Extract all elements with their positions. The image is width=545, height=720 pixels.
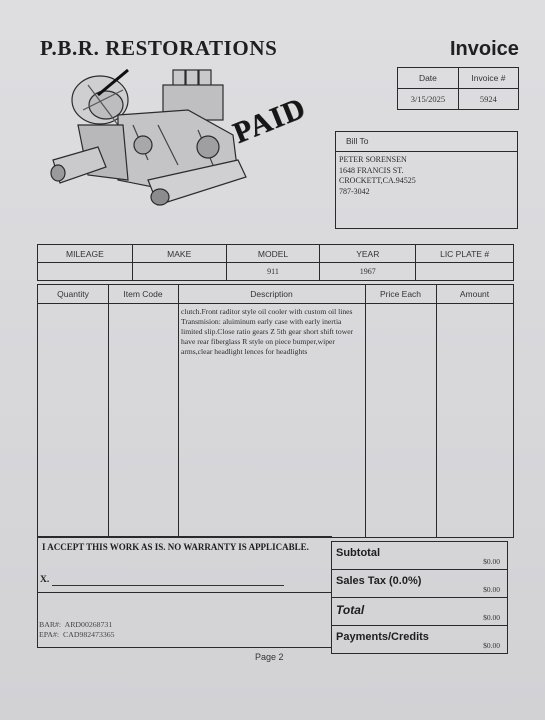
- description-line: clutch.Front raditor style oil cooler wi…: [181, 307, 362, 317]
- total-label: Total: [336, 603, 364, 617]
- year-header: YEAR: [320, 245, 416, 263]
- model-value: 911: [226, 263, 320, 281]
- document-title: Invoice: [450, 38, 519, 61]
- price-each-header: Price Each: [365, 285, 436, 304]
- mileage-header: MILEAGE: [38, 245, 133, 263]
- epa-number: CAD982473365: [63, 630, 115, 639]
- payments-value: $0.00: [483, 641, 500, 650]
- engine-illustration: [48, 65, 258, 215]
- total-row: Total $0.00: [332, 598, 507, 626]
- payments-row: Payments/Credits $0.00: [332, 626, 507, 653]
- line-items-table: Quantity Item Code Description clutch.Fr…: [37, 284, 514, 538]
- lic-plate-header: LIC PLATE #: [416, 245, 514, 263]
- signature-prefix: X.: [40, 575, 49, 585]
- description-header: Description: [178, 285, 365, 304]
- customer-city: CROCKETT,CA.94525: [339, 176, 514, 187]
- acceptance-box: I ACCEPT THIS WORK AS IS. NO WARRANTY IS…: [37, 536, 332, 648]
- customer-street: 1648 FRANCIS ST.: [339, 166, 514, 177]
- bill-to-box: Bill To PETER SORENSEN 1648 FRANCIS ST. …: [335, 131, 518, 229]
- description-column: Description clutch.Front raditor style o…: [178, 285, 366, 537]
- divider: [38, 592, 332, 593]
- payments-label: Payments/Credits: [336, 631, 429, 643]
- quantity-column: Quantity: [38, 285, 109, 537]
- subtotal-row: Subtotal $0.00: [332, 542, 507, 570]
- signature-line: [52, 585, 284, 586]
- model-header: MODEL: [226, 245, 320, 263]
- registration-numbers: BAR#: ARD00268731 EPA#: CAD982473365: [39, 620, 115, 640]
- description-line: have rear fiberglass R style on piece bu…: [181, 337, 362, 347]
- amount-column: Amount: [436, 285, 513, 537]
- mileage-value: [38, 263, 133, 281]
- date-header: Date: [398, 68, 459, 89]
- description-line: arms,clear headlight lences for headligh…: [181, 347, 362, 357]
- invoice-number-header: Invoice #: [458, 68, 518, 89]
- invoice-date: 3/15/2025: [398, 89, 459, 110]
- subtotal-label: Subtotal: [336, 547, 380, 559]
- sales-tax-value: $0.00: [483, 585, 500, 594]
- total-value: $0.00: [483, 613, 500, 622]
- price-each-column: Price Each: [365, 285, 437, 537]
- epa-label: EPA#:: [39, 630, 59, 639]
- page-number: Page 2: [255, 652, 284, 662]
- totals-box: Subtotal $0.00 Sales Tax (0.0%) $0.00 To…: [331, 541, 508, 654]
- acceptance-statement: I ACCEPT THIS WORK AS IS. NO WARRANTY IS…: [42, 542, 309, 552]
- invoice-page: P.B.R. RESTORATIONS Invoice PAID Date: [0, 0, 545, 720]
- subtotal-value: $0.00: [483, 557, 500, 566]
- vehicle-table: MILEAGE MAKE MODEL YEAR LIC PLATE # 911 …: [37, 244, 514, 281]
- lic-plate-value: [416, 263, 514, 281]
- customer-phone: 787-3042: [339, 187, 514, 198]
- customer-name: PETER SORENSEN: [339, 155, 514, 166]
- make-header: MAKE: [132, 245, 226, 263]
- bill-to-label: Bill To: [336, 132, 517, 152]
- bar-label: BAR#:: [39, 620, 61, 629]
- item-code-header: Item Code: [108, 285, 178, 304]
- company-name: P.B.R. RESTORATIONS: [40, 36, 277, 61]
- item-code-column: Item Code: [108, 285, 179, 537]
- description-line: limited slip.Close ratio gears Z 5th gea…: [181, 327, 362, 337]
- amount-header: Amount: [436, 285, 513, 304]
- quantity-header: Quantity: [38, 285, 108, 304]
- sales-tax-label: Sales Tax (0.0%): [336, 575, 421, 587]
- year-value: 1967: [320, 263, 416, 281]
- sales-tax-row: Sales Tax (0.0%) $0.00: [332, 570, 507, 598]
- description-line: Transmision: aluiminum early case with e…: [181, 317, 362, 327]
- make-value: [132, 263, 226, 281]
- item-description: clutch.Front raditor style oil cooler wi…: [178, 304, 365, 360]
- invoice-meta-table: Date Invoice # 3/15/2025 5924: [397, 67, 519, 110]
- bar-number: ARD00268731: [65, 620, 113, 629]
- bill-to-address: PETER SORENSEN 1648 FRANCIS ST. CROCKETT…: [336, 152, 517, 200]
- invoice-number: 5924: [458, 89, 518, 110]
